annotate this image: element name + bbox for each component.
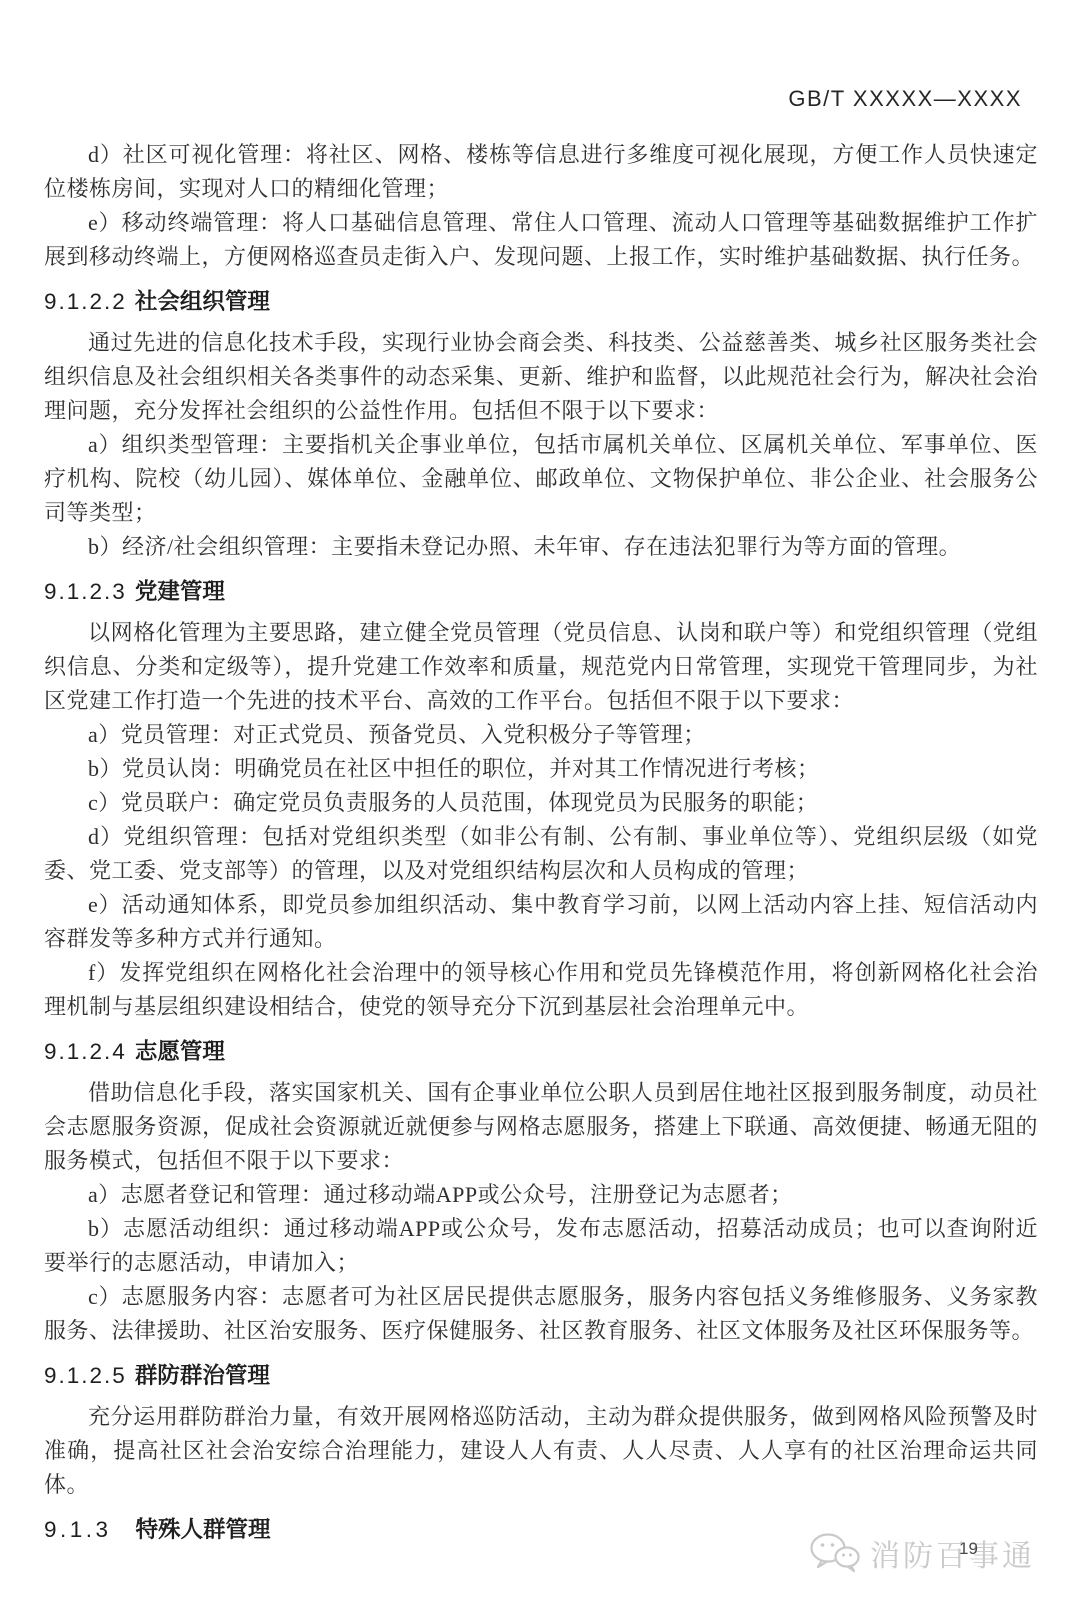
list-item: b）党员认岗：明确党员在社区中担任的职位，并对其工作情况进行考核； — [44, 752, 1038, 786]
list-item: f）发挥党组织在网格化社会治理中的领导核心作用和党员先锋模范作用，将创新网格化社… — [44, 956, 1038, 1024]
section-title: 志愿管理 — [135, 1039, 225, 1064]
section-title: 群防群治管理 — [135, 1363, 270, 1388]
section-heading: 9.1.2.2社会组织管理 — [44, 285, 1038, 319]
list-item: c）志愿服务内容：志愿者可为社区居民提供志愿服务，服务内容包括义务维修服务、义务… — [44, 1280, 1038, 1348]
section-heading: 9.1.2.3党建管理 — [44, 575, 1038, 609]
section-number: 9.1.3 — [44, 1517, 112, 1542]
section-number: 9.1.2.3 — [44, 579, 127, 604]
paragraph: 借助信息化手段，落实国家机关、国有企事业单位公职人员到居住地社区报到服务制度，动… — [44, 1076, 1038, 1178]
document-page: GB/T XXXXX—XXXX d）社区可视化管理：将社区、网格、楼栋等信息进行… — [0, 0, 1080, 1598]
section-title: 社会组织管理 — [135, 289, 270, 314]
watermark-text: 消防百事通 — [870, 1531, 1035, 1575]
section-number: 9.1.2.4 — [44, 1039, 127, 1064]
section-number: 9.1.2.5 — [44, 1363, 127, 1388]
section-number: 9.1.2.2 — [44, 289, 127, 314]
list-item: a）组织类型管理：主要指机关企事业单位，包括市属机关单位、区属机关单位、军事单位… — [44, 428, 1038, 530]
section-title: 党建管理 — [135, 579, 225, 604]
list-item: d）党组织管理：包括对党组织类型（如非公有制、公有制、事业单位等）、党组织层级（… — [44, 820, 1038, 888]
section-title: 特殊人群管理 — [136, 1517, 271, 1542]
list-item: b）经济/社会组织管理：主要指未登记办照、未年审、存在违法犯罪行为等方面的管理。 — [44, 530, 1038, 564]
section-heading: 9.1.2.5群防群治管理 — [44, 1359, 1038, 1393]
document-body: d）社区可视化管理：将社区、网格、楼栋等信息进行多维度可视化展现，方便工作人员快… — [0, 138, 1080, 1547]
list-item: d）社区可视化管理：将社区、网格、楼栋等信息进行多维度可视化展现，方便工作人员快… — [44, 138, 1038, 206]
list-item: e）活动通知体系，即党员参加组织活动、集中教育学习前，以网上活动内容上挂、短信活… — [44, 888, 1038, 956]
paragraph: 以网格化管理为主要思路，建立健全党员管理（党员信息、认岗和联户等）和党组织管理（… — [44, 616, 1038, 718]
paragraph: 通过先进的信息化技术手段，实现行业协会商会类、科技类、公益慈善类、城乡社区服务类… — [44, 326, 1038, 428]
list-item: c）党员联户：确定党员负责服务的人员范围，体现党员为民服务的职能； — [44, 786, 1038, 820]
list-item: a）党员管理：对正式党员、预备党员、入党积极分子等管理； — [44, 718, 1038, 752]
watermark: 消防百事通 — [809, 1531, 1035, 1575]
section-heading: 9.1.2.4志愿管理 — [44, 1035, 1038, 1069]
list-item: a）志愿者登记和管理：通过移动端APP或公众号，注册登记为志愿者； — [44, 1178, 1038, 1212]
wechat-logo-icon — [809, 1531, 861, 1575]
page-header-standard-number: GB/T XXXXX—XXXX — [0, 0, 1080, 112]
paragraph: 充分运用群防群治力量，有效开展网格巡防活动，主动为群众提供服务，做到网格风险预警… — [44, 1400, 1038, 1502]
page-number: 19 — [959, 1539, 978, 1559]
list-item: b）志愿活动组织：通过移动端APP或公众号，发布志愿活动，招募活动成员；也可以查… — [44, 1212, 1038, 1280]
list-item: e）移动终端管理：将人口基础信息管理、常住人口管理、流动人口管理等基础数据维护工… — [44, 206, 1038, 274]
